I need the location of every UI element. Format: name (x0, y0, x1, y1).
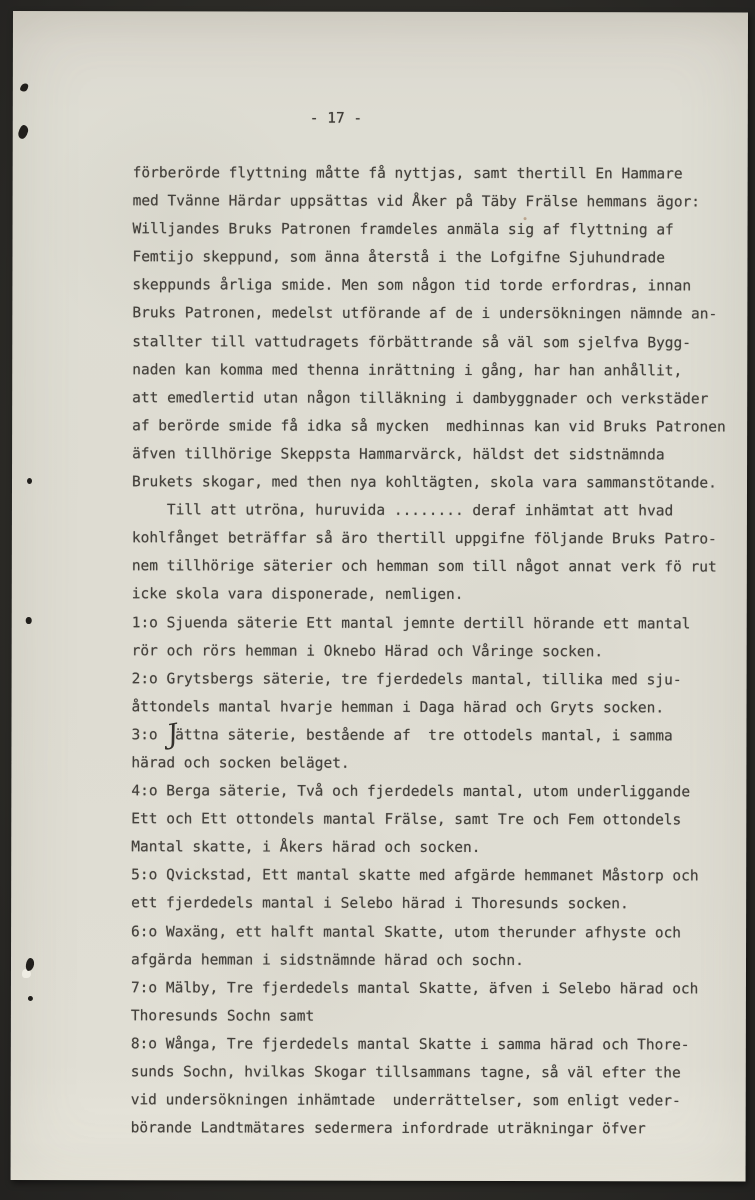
text-line: åttondels mantal hvarje hemman i Daga hä… (132, 693, 732, 722)
text-line: 5:o Qvickstad, Ett mantal skatte med afg… (131, 862, 731, 891)
text-line: ett fjerdedels mantal i Selebo härad i T… (131, 890, 731, 919)
text-line: af berörde smide få idka så mycken medhi… (132, 412, 732, 441)
text-line: börande Landtmätares sedermera infordrad… (131, 1114, 731, 1143)
text-line: kohlfånget beträffar så äro thertill upp… (132, 524, 732, 553)
text-line: att emedlertid utan någon tilläkning i d… (132, 384, 732, 413)
text-line: med Tvänne Härdar uppsättas vid Åker på … (133, 187, 733, 216)
text-line: naden kan komma med thenna inrättning i … (132, 356, 732, 385)
handwritten-correction: J (167, 734, 176, 735)
text-line: Brukets skogar, med then nya kohltägten,… (132, 468, 732, 497)
text-line: 1:o Sjuenda säterie Ett mantal jemnte de… (132, 609, 732, 638)
typewritten-text-block: förberörde flyttning måtte få nyttjas, s… (131, 159, 733, 1144)
text-line: Ett och Ett ottondels mantal Frälse, sam… (131, 805, 731, 834)
text-line: 4:o Berga säterie, Två och fjerdedels ma… (131, 777, 731, 806)
text-line: Till att utröna, huruvida ........ deraf… (132, 496, 732, 525)
text-line: icke skola vara disponerade, nemligen. (132, 581, 732, 610)
text-line: skeppunds årliga smide. Men som någon ti… (132, 272, 732, 301)
text-line: Bruks Patronen, medelst utförande af de … (132, 300, 732, 329)
text-line: 7:o Mälby, Tre fjerdedels mantal Skatte,… (131, 974, 731, 1003)
text-line: Femtijo skeppund, som änna återstå i the… (132, 244, 732, 273)
binding-mark (25, 958, 35, 972)
binding-mark (28, 996, 33, 1001)
page-number: - 17 - (310, 111, 362, 127)
text-line: vid undersökningen inhämtade underrättel… (131, 1086, 731, 1115)
binding-mark (17, 124, 29, 140)
document-page: - 17 - förberörde flyttning måtte få nyt… (11, 11, 748, 1182)
text-line: äfven tillhörige Skeppsta Hammarvärck, h… (132, 440, 732, 469)
text-line: sunds Sochn, hvilkas Skogar tillsammans … (131, 1058, 731, 1087)
text-line: 2:o Grytsbergs säterie, tre fjerdedels m… (132, 665, 732, 694)
text-line: nem tillhörige säterier och hemman som t… (132, 553, 732, 582)
typed-segment: ättna säterie, bestående af tre ottodels… (175, 727, 673, 744)
scan-background: - 17 - förberörde flyttning måtte få nyt… (0, 0, 755, 1200)
binding-mark (26, 617, 32, 624)
typed-segment: 3:o (131, 727, 166, 743)
text-line: rör och rörs hemman i Oknebo Härad och V… (132, 637, 732, 666)
binding-mark (27, 478, 32, 484)
paper-speck (524, 217, 527, 220)
text-line: härad och socken beläget. (131, 749, 731, 778)
text-line: Willjandes Bruks Patronen framdeles anmä… (133, 215, 733, 244)
text-line: 6:o Waxäng, ett halft mantal Skatte, uto… (131, 918, 731, 947)
text-line: 3:o Jättna säterie, bestående af tre ott… (131, 721, 731, 750)
text-line: förberörde flyttning måtte få nyttjas, s… (133, 159, 733, 188)
text-line: stallter till vattudragets förbättrande … (132, 328, 732, 357)
text-line: afgärda hemman i sidstnämnde härad och s… (131, 946, 731, 975)
binding-mark (19, 82, 30, 93)
text-line: Thoresunds Sochn samt (131, 1002, 731, 1031)
text-line: 8:o Wånga, Tre fjerdedels mantal Skatte … (131, 1030, 731, 1059)
text-line: Mantal skatte, i Åkers härad och socken. (131, 833, 731, 862)
